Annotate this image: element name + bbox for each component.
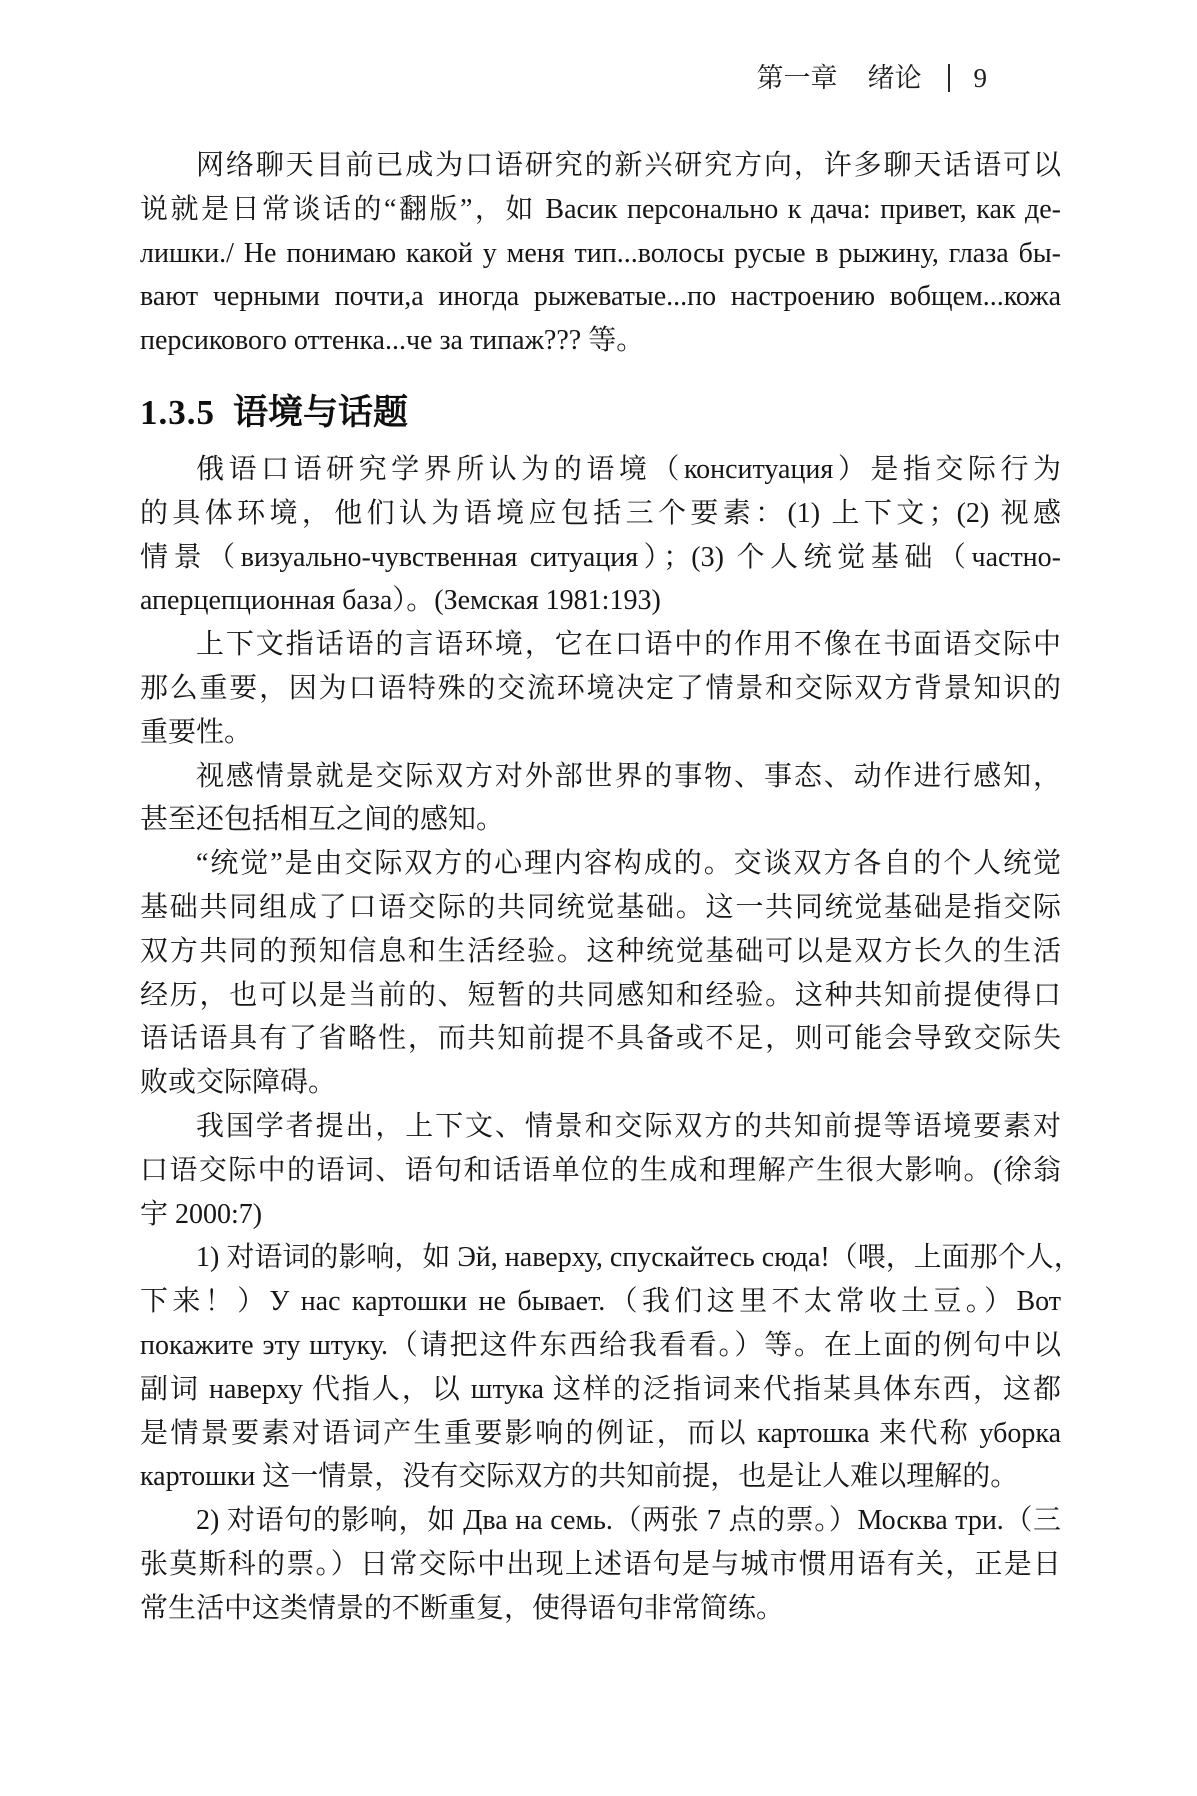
text-line: 张莫斯科的票。）日常交际中出现上述语句是与城市惯用语有关，正是日 — [140, 1543, 1061, 1587]
body-text: 网络聊天目前已成为口语研究的新兴研究方向，许多聊天话语可以 说就是日常谈话的“翻… — [140, 144, 1061, 1631]
text-line: 1) 对语词的影响，如 Эй, наверху, спускайтесь сюд… — [140, 1236, 1061, 1280]
text-line: картошки 这一情景，没有交际双方的共知前提，也是让人难以理解的。 — [140, 1455, 1061, 1499]
text-line: 2) 对语句的影响，如 Два на семь.（两张 7 点的票。）Москв… — [140, 1499, 1061, 1543]
paragraph: 我国学者提出，上下文、情景和交际双方的共知前提等语境要素对 口语交际中的语词、语… — [140, 1105, 1061, 1236]
text-line: 说就是日常谈话的“翻版”，如 Васик персонально к дача:… — [140, 188, 1061, 232]
text-line: 败或交际障碍。 — [140, 1061, 1061, 1105]
text-line: 是情景要素对语词产生重要影响的例证，而以 картошка 来代称 уборка — [140, 1412, 1061, 1456]
page-number: 9 — [974, 63, 988, 93]
paragraph: “统觉”是由交际双方的心理内容构成的。交谈双方各自的个人统觉 基础共同组成了口语… — [140, 842, 1061, 1105]
text-line: 语话语具有了省略性，而共知前提不具备或不足，则可能会导致交际失 — [140, 1017, 1061, 1061]
section-title: 绪论 — [868, 63, 922, 93]
paragraph: 网络聊天目前已成为口语研究的新兴研究方向，许多聊天话语可以 说就是日常谈话的“翻… — [140, 144, 1061, 363]
text-line: 双方共同的预知信息和生活经验。这种统觉基础可以是双方长久的生活 — [140, 930, 1061, 974]
paragraph: 1) 对语词的影响，如 Эй, наверху, спускайтесь сюд… — [140, 1236, 1061, 1499]
text-line: аперцепционная база）。(Земская 1981:193) — [140, 579, 1061, 623]
text-line: персикового оттенка...че за типаж??? 等。 — [140, 319, 1061, 363]
text-line: лишки./ Не понимаю какой у меня тип...во… — [140, 232, 1061, 276]
chapter-title: 第一章 — [757, 63, 838, 93]
text-line: 我国学者提出，上下文、情景和交际双方的共知前提等语境要素对 — [140, 1105, 1061, 1149]
paragraph: 2) 对语句的影响，如 Два на семь.（两张 7 点的票。）Москв… — [140, 1499, 1061, 1630]
text-line: “统觉”是由交际双方的心理内容构成的。交谈双方各自的个人统觉 — [140, 842, 1061, 886]
text-line: 宇 2000:7) — [140, 1193, 1061, 1237]
text-line: 基础共同组成了口语交际的共同统觉基础。这一共同统觉基础是指交际 — [140, 886, 1061, 930]
paragraph: 视感情景就是交际双方对外部世界的事物、事态、动作进行感知， 甚至还包括相互之间的… — [140, 755, 1061, 843]
text-line: 常生活中这类情景的不断重复，使得语句非常简练。 — [140, 1587, 1061, 1631]
text-line: 网络聊天目前已成为口语研究的新兴研究方向，许多聊天话语可以 — [140, 144, 1061, 188]
text-line: 俄语口语研究学界所认为的语境（конситуация）是指交际行为 — [140, 448, 1061, 492]
section-heading: 1.3.5语境与话题 — [140, 390, 1061, 436]
text-line: 重要性。 — [140, 711, 1061, 755]
text-line: 口语交际中的语词、语句和话语单位的生成和理解产生很大影响。(徐翁 — [140, 1149, 1061, 1193]
text-line: 那么重要，因为口语特殊的交流环境决定了情景和交际双方背景知识的 — [140, 667, 1061, 711]
text-line: 下来！）У нас картошки не бывает.（我们这里不太常收土豆… — [140, 1280, 1061, 1324]
text-line: 上下文指话语的言语环境，它在口语中的作用不像在书面语交际中 — [140, 623, 1061, 667]
text-line: 情景（визуально-чувственная ситуация）；(3) 个… — [140, 536, 1061, 580]
text-line: 经历，也可以是当前的、短暂的共同感知和经验。这种共知前提使得口 — [140, 974, 1061, 1018]
header-divider — [948, 64, 950, 92]
text-line: покажите эту штуку.（请把这件东西给我看看。）等。在上面的例句… — [140, 1324, 1061, 1368]
text-line: 甚至还包括相互之间的感知。 — [140, 798, 1061, 842]
text-column: 第一章绪论9 网络聊天目前已成为口语研究的新兴研究方向，许多聊天话语可以 说就是… — [140, 0, 1061, 1631]
paragraph: 俄语口语研究学界所认为的语境（конситуация）是指交际行为 的具体环境，… — [140, 448, 1061, 623]
paragraph: 上下文指话语的言语环境，它在口语中的作用不像在书面语交际中 那么重要，因为口语特… — [140, 623, 1061, 754]
text-line: 的具体环境，他们认为语境应包括三个要素：(1) 上下文；(2) 视感 — [140, 492, 1061, 536]
book-page: 第一章绪论9 网络聊天目前已成为口语研究的新兴研究方向，许多聊天话语可以 说就是… — [0, 0, 1197, 1796]
section-heading-number: 1.3.5 — [140, 393, 215, 432]
page-header: 第一章绪论9 — [140, 56, 1061, 94]
text-line: вают черными почти,а иногда рыжеватые...… — [140, 275, 1061, 319]
text-line: 副词 наверху 代指人，以 штука 这样的泛指词来代指某具体东西，这都 — [140, 1368, 1061, 1412]
section-heading-title: 语境与话题 — [233, 393, 408, 432]
text-line: 视感情景就是交际双方对外部世界的事物、事态、动作进行感知， — [140, 755, 1061, 799]
